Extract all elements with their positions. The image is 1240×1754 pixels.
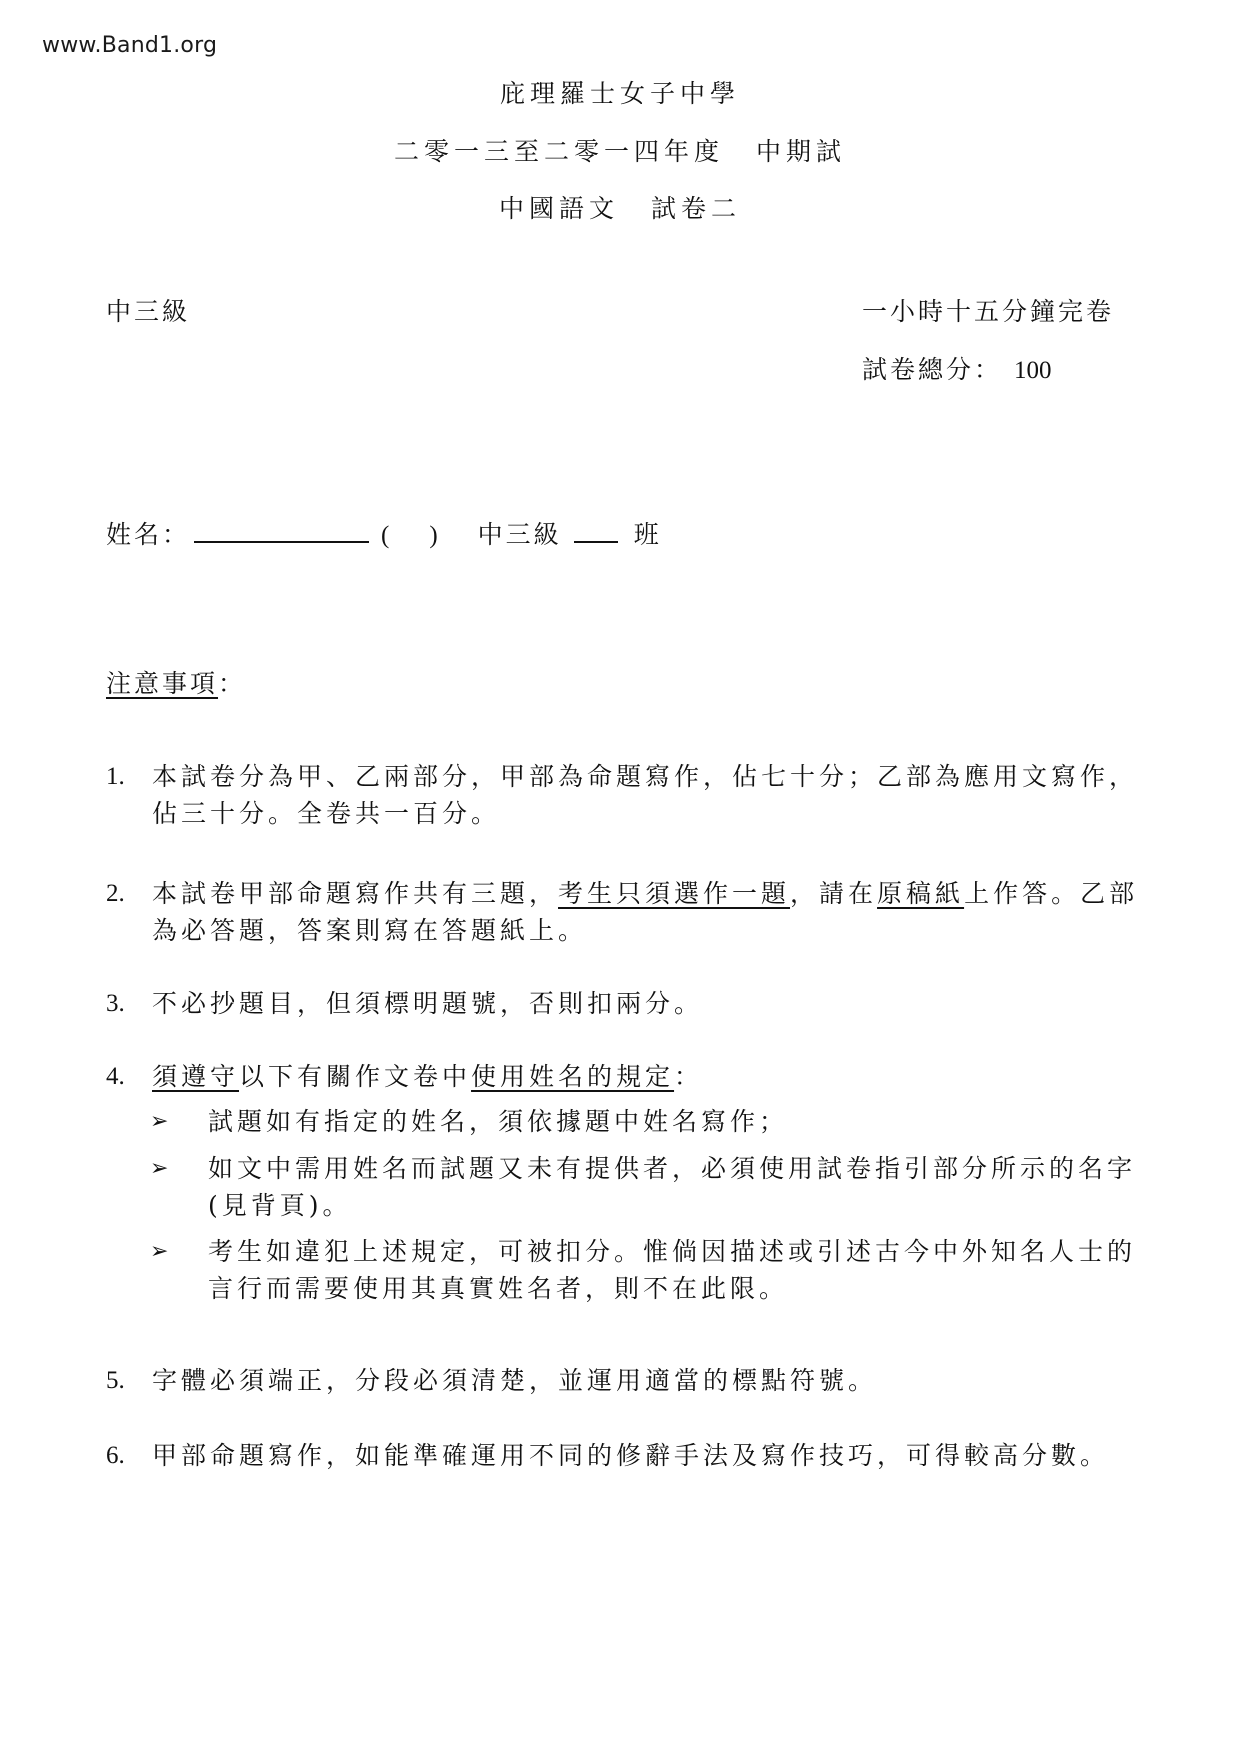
notes-heading: 注意事項： [106, 664, 246, 700]
total-marks: 試卷總分：100 [862, 350, 1052, 386]
name-field[interactable] [194, 519, 369, 543]
school-name: 庇理羅士女子中學 [0, 74, 1240, 110]
note-item-3: 3. 不必抄題目，但須標明題號，否則扣兩分。 [106, 985, 1146, 1022]
rule-bullet-1: ➢ 試題如有指定的姓名，須依據題中姓名寫作； [150, 1103, 1140, 1140]
paper-title: 中國語文試卷二 [0, 189, 1240, 225]
total-marks-label: 試卷總分： [862, 355, 1002, 384]
rule-bullet-3: ➢ 考生如違犯上述規定，可被扣分。惟倘因描述或引述古今中外知名人士的言行而需要使… [150, 1233, 1140, 1307]
note-item-4: 4. 須遵守以下有關作文卷中使用姓名的規定： [106, 1058, 1146, 1095]
emphasis-name-rules: 使用姓名的規定 [471, 1062, 674, 1091]
paper-number: 試卷二 [651, 194, 741, 223]
total-marks-value: 100 [1014, 357, 1052, 384]
bullet-text: 試題如有指定的姓名，須依據題中姓名寫作； [208, 1103, 1140, 1140]
arrow-bullet-icon: ➢ [150, 1103, 168, 1140]
note-text: 本試卷分為甲、乙兩部分，甲部為命題寫作，佔七十分；乙部為應用文寫作，佔三十分。全… [152, 758, 1146, 832]
exam-title: 二零一三至二零一四年度中期試 [0, 132, 1240, 168]
note-text: 甲部命題寫作，如能準確運用不同的修辭手法及寫作技巧，可得較高分數。 [152, 1437, 1146, 1474]
note-number: 1. [106, 758, 125, 795]
academic-year: 二零一三至二零一四年度 [394, 137, 724, 166]
note-item-6: 6. 甲部命題寫作，如能準確運用不同的修辭手法及寫作技巧，可得較高分數。 [106, 1437, 1146, 1474]
notes-title: 注意事項 [106, 669, 218, 698]
note-number: 6. [106, 1437, 125, 1474]
exam-type: 中期試 [756, 137, 846, 166]
rule-bullet-2: ➢ 如文中需用姓名而試題又未有提供者，必須使用試卷指引部分所示的名字(見背頁)。 [150, 1150, 1140, 1224]
note-text: 本試卷甲部命題寫作共有三題，考生只須選作一題，請在原稿紙上作答。乙部為必答題，答… [152, 875, 1146, 949]
note-number: 2. [106, 875, 125, 912]
arrow-bullet-icon: ➢ [150, 1150, 168, 1187]
emphasis-manuscript-paper: 原稿紙 [877, 879, 964, 908]
class-number-open: ( [381, 522, 389, 550]
arrow-bullet-icon: ➢ [150, 1233, 168, 1270]
subject: 中國語文 [499, 194, 619, 223]
note-text: 須遵守以下有關作文卷中使用姓名的規定： [152, 1058, 1146, 1095]
class-number-close: ) [429, 522, 437, 550]
emphasis-choose-one: 考生只須選作一題 [558, 879, 790, 908]
class-label: 班 [634, 515, 662, 551]
form-level: 中三級 [478, 515, 562, 551]
watermark-url: www.Band1.org [42, 33, 217, 58]
duration-label: 一小時十五分鐘完卷 [862, 292, 1114, 328]
bullet-text: 考生如違犯上述規定，可被扣分。惟倘因描述或引述古今中外知名人士的言行而需要使用其… [208, 1233, 1140, 1307]
name-label: 姓名： [106, 515, 190, 551]
note-number: 5. [106, 1362, 125, 1399]
level-label: 中三級 [106, 292, 190, 328]
note-item-5: 5. 字體必須端正，分段必須清楚，並運用適當的標點符號。 [106, 1362, 1146, 1399]
note-item-1: 1. 本試卷分為甲、乙兩部分，甲部為命題寫作，佔七十分；乙部為應用文寫作，佔三十… [106, 758, 1146, 832]
student-info-row: 姓名： ( ) 中三級 班 [106, 515, 662, 551]
note-text: 不必抄題目，但須標明題號，否則扣兩分。 [152, 985, 1146, 1022]
bullet-text: 如文中需用姓名而試題又未有提供者，必須使用試卷指引部分所示的名字(見背頁)。 [208, 1150, 1140, 1224]
note-number: 3. [106, 985, 125, 1022]
note-number: 4. [106, 1058, 125, 1095]
note-text: 字體必須端正，分段必須清楚，並運用適當的標點符號。 [152, 1362, 1146, 1399]
note-item-2: 2. 本試卷甲部命題寫作共有三題，考生只須選作一題，請在原稿紙上作答。乙部為必答… [106, 875, 1146, 949]
class-field[interactable] [574, 519, 618, 543]
emphasis-must-follow: 須遵守 [152, 1062, 239, 1091]
